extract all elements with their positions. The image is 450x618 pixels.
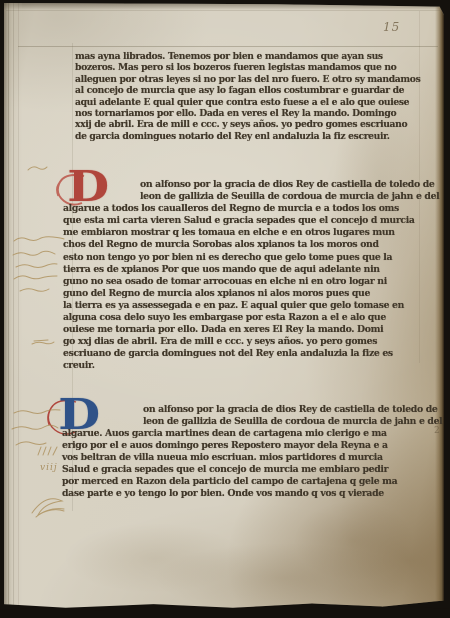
manuscript-text-line: la tierra es ya assessegada e en paz. E …	[63, 300, 439, 312]
manuscript-text-line: Salud e gracia sepades que el concejo de…	[62, 464, 442, 476]
manuscript-text-line: dase parte e yo tengo lo por bien. Onde …	[62, 488, 442, 500]
manuscript-text-line: vos beltran de villa nueua mio escriuan.…	[62, 452, 442, 464]
ruling-line-top	[6, 10, 440, 11]
paragraph-1: mas ayna librados. Tenemos por bien e ma…	[75, 51, 420, 142]
marginal-scribble-dash	[30, 333, 56, 352]
manuscript-text-line: mas ayna librados. Tenemos por bien e ma…	[75, 51, 420, 62]
manuscript-text-line: bozeros. Mas pero si los bozeros fueren …	[75, 62, 420, 73]
manuscript-text-line: algarue. Auos garcia martines dean de ca…	[62, 428, 442, 440]
parchment-stain	[64, 523, 244, 593]
paragraph-3: on alfonso por la gracia de dios Rey de …	[62, 404, 442, 500]
manuscript-text-line: me embiaron mostrar q les tomaua en elch…	[63, 227, 439, 239]
paragraph-2: on alfonso por la gracia de dios Rey de …	[63, 179, 439, 373]
folio-number: 15	[383, 20, 400, 34]
marginal-scribble-small	[26, 159, 50, 178]
manuscript-text-line: go xxj dias de abril. Era de mill e ccc.…	[63, 336, 439, 348]
manuscript-text-line: on alfonso por la gracia de dios Rey de …	[63, 179, 439, 191]
manuscript-text-line: on alfonso por la gracia de dios Rey de …	[62, 404, 442, 416]
manuscript-text-line: esto non tengo yo por bien ni es derecho…	[63, 252, 439, 264]
manuscript-text-line: algarue a todos los caualleros del Regno…	[63, 203, 439, 215]
parchment-page: 15 2 mas ayna librados. Tenemos por bien…	[4, 3, 444, 609]
marginal-numeral: viij	[40, 463, 58, 473]
manuscript-text-line: guno no sea osado de tomar arrocouas en …	[63, 276, 439, 288]
manuscript-text-line: al concejo de murcia que asy lo fagan el…	[75, 85, 420, 96]
gutter-crease	[8, 3, 9, 609]
parchment-stain	[154, 543, 414, 613]
parchment-stain	[294, 501, 414, 581]
manuscript-text-line: que esta mi carta vieren Salud e gracia …	[63, 215, 439, 227]
marginal-note-1	[10, 233, 68, 301]
manuscript-text-line: leon de gallizia de Seuilla de cordoua d…	[63, 191, 439, 203]
manuscript-text-line: de garcia domingues notario del Rey enl …	[75, 131, 420, 142]
manuscript-text-line: alguna cosa delo suyo les embargase por …	[63, 312, 439, 324]
manuscript-text-line: creuir.	[63, 360, 439, 372]
manuscript-text-line: por merced en Razon dela particio del ca…	[62, 476, 442, 488]
marginal-note-2	[8, 407, 68, 463]
marginal-paraph-flourish	[28, 489, 72, 525]
manuscript-text-line: guno del Regno de murcia alos xpianos ni…	[63, 288, 439, 300]
manuscript-photo: 15 2 mas ayna librados. Tenemos por bien…	[0, 0, 450, 618]
gutter-crease	[18, 3, 19, 609]
manuscript-text-line: xxij de abril. Era de mill e ccc. y seys…	[75, 119, 420, 130]
ruling-line-header	[18, 46, 438, 47]
manuscript-text-line: erigo por el e auos domingo peres Repost…	[62, 440, 442, 452]
manuscript-text-line: leon de gallizia de Seuilla de cordoua d…	[62, 416, 442, 428]
binding-gutter	[4, 3, 22, 609]
manuscript-text-line: nos tornariamos por ello. Dada en veres …	[75, 108, 420, 119]
manuscript-text-line: chos del Regno de murcia Sorobas alos xp…	[63, 239, 439, 251]
manuscript-text-line: tierra es de xpianos Por que uos mando q…	[63, 264, 439, 276]
manuscript-text-line: escriuano de garcia domingues not del Re…	[63, 348, 439, 360]
manuscript-text-line: ouiese me tornaria por ello. Dada en xer…	[63, 324, 439, 336]
gutter-crease	[13, 3, 14, 609]
manuscript-text-line: aqui adelante E qual quier que contra es…	[75, 97, 420, 108]
manuscript-text-line: alleguen por otras leyes si no por las d…	[75, 74, 420, 85]
page-top-edge	[4, 3, 444, 10]
